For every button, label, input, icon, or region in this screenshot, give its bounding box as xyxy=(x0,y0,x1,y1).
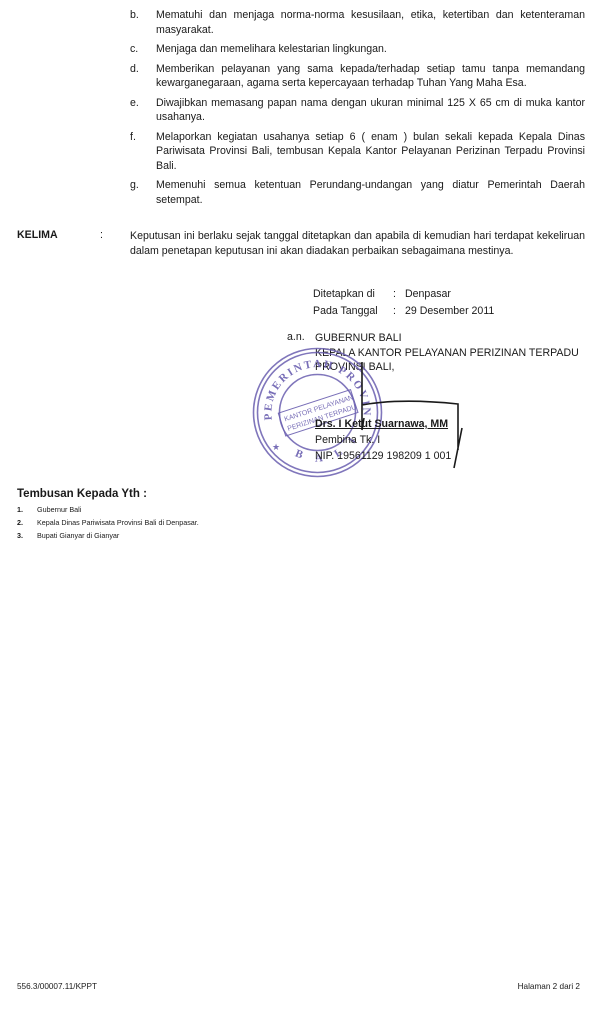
copies-title: Tembusan Kepada Yth : xyxy=(17,488,147,500)
document-number: 556.3/00007.11/KPPT xyxy=(17,982,97,991)
list-item: e.Diwajibkan memasang papan nama dengan … xyxy=(130,96,585,125)
clause-text: Keputusan ini berlaku sejak tanggal dite… xyxy=(130,229,585,258)
signatory-nip: NIP. 19561129 198209 1 001 xyxy=(315,450,451,462)
list-item: 1.Gubernur Bali xyxy=(17,503,199,516)
clause-label: KELIMA xyxy=(17,229,58,241)
enactment-place: Ditetapkan di:Denpasar xyxy=(313,288,451,300)
list-item: c.Menjaga dan memelihara kelestarian lin… xyxy=(130,42,585,57)
on-behalf-label: a.n. xyxy=(287,331,305,343)
document-page: b.Mematuhi dan menjaga norma-norma kesus… xyxy=(0,0,600,1014)
svg-text:★: ★ xyxy=(272,442,280,452)
clause-colon: : xyxy=(100,229,103,241)
list-item: g.Memenuhi semua ketentuan Perundang-und… xyxy=(130,178,585,207)
list-item: b.Mematuhi dan menjaga norma-norma kesus… xyxy=(130,8,585,37)
list-item: 3.Bupati Gianyar di Gianyar xyxy=(17,529,199,542)
obligations-list: b.Mematuhi dan menjaga norma-norma kesus… xyxy=(130,8,585,212)
enactment-date: Pada Tanggal:29 Desember 2011 xyxy=(313,305,494,317)
list-item: f.Melaporkan kegiatan usahanya setiap 6 … xyxy=(130,130,585,174)
signatory-name: Drs. I Ketut Suarnawa, MM xyxy=(315,418,448,430)
page-number: Halaman 2 dari 2 xyxy=(518,982,580,991)
list-item: 2.Kepala Dinas Pariwisata Provinsi Bali … xyxy=(17,516,199,529)
signatory-rank: Pembina Tk. I xyxy=(315,434,380,446)
copies-list: 1.Gubernur Bali 2.Kepala Dinas Pariwisat… xyxy=(17,503,199,542)
list-item: d.Memberikan pelayanan yang sama kepada/… xyxy=(130,62,585,91)
